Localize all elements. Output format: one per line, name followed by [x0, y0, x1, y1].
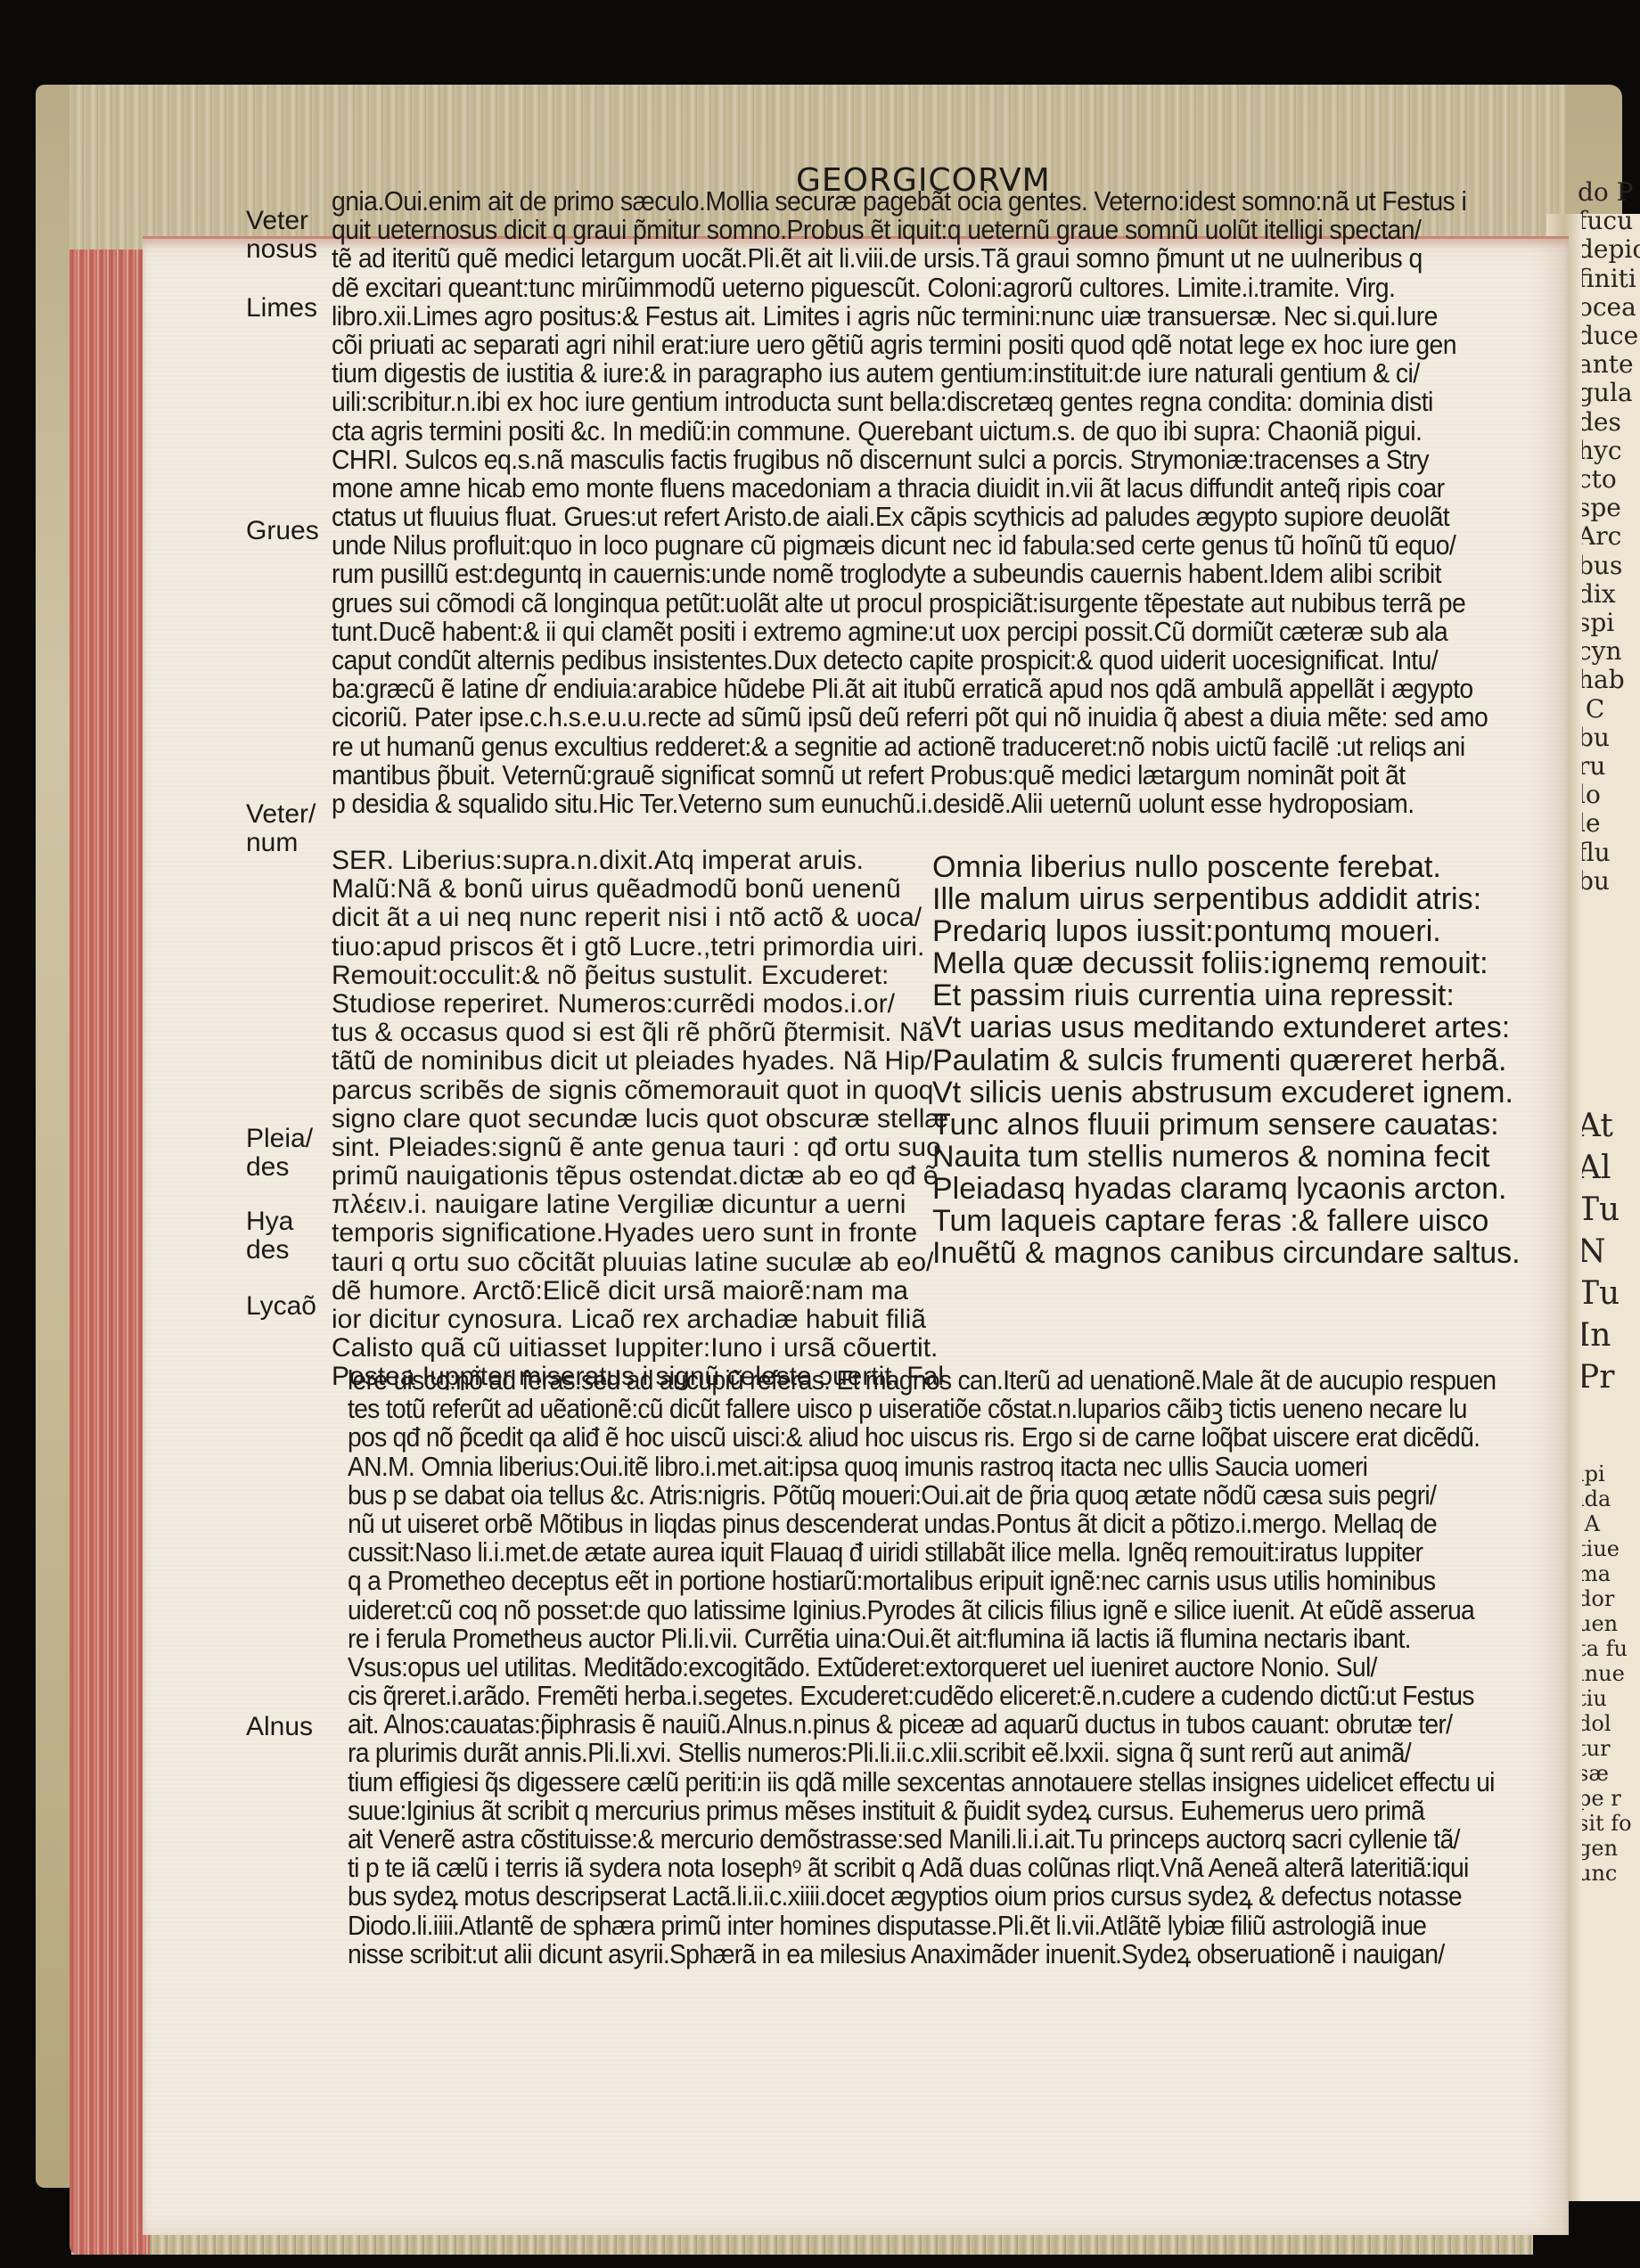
commentary-left-column: SER. Liberius:supra.n.dixit.Atq imperat … — [332, 847, 955, 1392]
facing-page-top-text: do P fucu depic finiti ocea duce ante gu… — [1578, 178, 1640, 896]
commentary-line: dẽ humore. Arctõ:Elicẽ dicit ursã maiorẽ… — [332, 1277, 955, 1306]
commentary-line: ba:græcũ ẽ latine dr̃ endiuia:arabice hũ… — [332, 675, 1426, 703]
commentary-line: tium digestis de iustitia & iure:& in pa… — [332, 359, 1426, 388]
commentary-line: temporis significatione.Hyades uero sunt… — [332, 1219, 955, 1248]
commentary-line: gnia.Oui.enim ait de primo sæculo.Mollia… — [332, 187, 1426, 216]
verse-line: Mella quæ decussit foliis:ignemq remouit… — [932, 947, 1512, 979]
commentary-line: Malũ:Nã & bonũ uirus quẽadmodũ bonũ uene… — [332, 875, 955, 904]
verse-line: Omnia liberius nullo poscente ferebat. — [932, 851, 1512, 883]
commentary-line: cicoriũ. Pater ipse.c.h.s.e.u.u.recte ad… — [332, 703, 1426, 732]
commentary-line: tunt.Ducẽ habent:& ii qui clamẽt positi … — [332, 618, 1426, 646]
commentary-line: bus p se dabat oia tellus &c. Atris:nigr… — [348, 1481, 1442, 1510]
commentary-line: dicit ãt a ui neq nunc reperit nisi i nt… — [332, 904, 955, 932]
verse-line: Ille malum uirus serpentibus addidit atr… — [932, 883, 1512, 915]
commentary-line: nisse scribit:ut alii dicunt asyrii.Sphæ… — [348, 1940, 1442, 1969]
commentary-line: πλέειν.i. nauigare latine Vergiliæ dicun… — [332, 1191, 955, 1219]
verse-line: Tunc alnos fluuii primum sensere cauatas… — [932, 1109, 1512, 1141]
commentary-line: cta agris termini positi &c. In mediũ:in… — [332, 417, 1426, 446]
commentary-line: suue:Iginius ãt scribit q mercurius prim… — [348, 1797, 1442, 1825]
commentary-line: grues sui cõmodi cã longinqua petũt:uolã… — [332, 589, 1426, 618]
commentary-line: re i ferula Prometheus auctor Pli.li.vii… — [348, 1625, 1442, 1653]
commentary-line: cõi priuati ac separati agri nihil erat:… — [332, 331, 1426, 359]
commentary-line: uili:scribitur.n.ibi ex hoc iure gentium… — [332, 388, 1426, 416]
commentary-line: tes totũ referũt ad uẽationẽ:cũ dicũt fa… — [348, 1395, 1442, 1423]
commentary-line: signo clare quot secundæ lucis quot obsc… — [332, 1105, 955, 1134]
verse-line: Inuẽtũ & magnos canibus circundare saltu… — [932, 1237, 1512, 1269]
verse-line: Nauita tum stellis numeros & nomina feci… — [932, 1141, 1512, 1173]
margin-note: Hya des — [246, 1208, 293, 1265]
margin-note: Limes — [246, 294, 317, 323]
verse-line: Paulatim & sulcis frumenti quæreret herb… — [932, 1044, 1512, 1077]
commentary-line: tus & occasus quod si est q̃li rẽ phõrũ … — [332, 1019, 955, 1047]
commentary-line: unde Nilus profluit:quo in loco pugnare … — [332, 531, 1426, 560]
commentary-line: re ut humanũ genus excultius redderet:& … — [332, 733, 1426, 761]
margin-note: Lycaõ — [246, 1292, 316, 1321]
commentary-line: primũ nauigationis tẽpus ostendat.dictæ … — [332, 1162, 955, 1191]
commentary-top-block: gnia.Oui.enim ait de primo sæculo.Mollia… — [332, 187, 1426, 818]
commentary-line: mone amne hicab emo monte fluens macedon… — [332, 474, 1426, 503]
commentary-line: parcus scribẽs de signis cõmemorauit quo… — [332, 1077, 955, 1105]
commentary-line: pos qđ nõ p̃cedit qa aliđ ẽ hoc uiscũ ui… — [348, 1423, 1442, 1452]
commentary-line: cis q̃reret.i.arãdo. Fremẽti herba.i.seg… — [348, 1682, 1442, 1710]
verse-line: Vt silicis uenis abstrusum excuderet ign… — [932, 1077, 1512, 1109]
commentary-line: tãtũ de nominibus dicit ut pleiades hyad… — [332, 1047, 955, 1076]
commentary-line: dẽ excitari queant:tunc mirũimmodũ ueter… — [332, 274, 1426, 302]
margin-note: Veter/ num — [246, 800, 316, 857]
commentary-line: tiuo:apud priscos ẽt i gtõ Lucre.,tetri … — [332, 933, 955, 962]
commentary-line: tauri q ortu suo cõcitãt pluuias latine … — [332, 1249, 955, 1277]
commentary-line: quit ueternosus dicit q graui p̃mitur so… — [332, 216, 1426, 244]
verse-line: Et passim riuis currentia uina repressit… — [932, 979, 1512, 1011]
commentary-line: SER. Liberius:supra.n.dixit.Atq imperat … — [332, 847, 955, 875]
commentary-line: caput condũt alternis pedibus insistente… — [332, 646, 1426, 675]
commentary-line: ti p te iã cælũ i terris iã sydera nota … — [348, 1854, 1442, 1882]
commentary-line: libro.xii.Limes agro positus:& Festus ai… — [332, 302, 1426, 331]
margin-note: Pleia/ des — [246, 1125, 313, 1182]
facing-page-bottom-text: ipi ida A tiue ma dor uen ta fu inue tiu… — [1578, 1462, 1632, 1886]
red-stained-page-edges — [70, 250, 150, 2255]
commentary-line: Calisto quã cũ uitiasset Iuppiter:Iuno i… — [332, 1334, 955, 1363]
commentary-line: lere uisco:nõ ad feras:sed ad aucupiũ re… — [348, 1366, 1442, 1395]
verse-line: Predariq lupos iussit:pontumq moueri. — [932, 915, 1512, 947]
commentary-line: cussit:Naso li.i.met.de ætate aurea iqui… — [348, 1538, 1442, 1567]
commentary-line: ra plurimis durãt annis.Pli.li.xvi. Stel… — [348, 1739, 1442, 1767]
facing-page-verse-text: At Al Tu N Tu In Pr — [1578, 1105, 1619, 1398]
commentary-line: tẽ ad iteritũ quẽ medici letargum uocãt.… — [332, 244, 1426, 273]
commentary-line: rum pusillũ est:deguntq in cauernis:unde… — [332, 560, 1426, 588]
commentary-line: ait. Alnos:cauatas:p̃iphrasis ẽ nauiũ.Al… — [348, 1710, 1442, 1739]
commentary-line: mantibus p̃buit. Veternũ:grauẽ significa… — [332, 761, 1426, 790]
margin-note: Alnus — [246, 1713, 313, 1741]
verse-text-block: Omnia liberius nullo poscente ferebat.Il… — [932, 851, 1512, 1269]
commentary-line: Vsus:opus uel utilitas. Meditãdo:excogit… — [348, 1653, 1442, 1682]
commentary-line: sint. Pleiades:signũ ẽ ante genua tauri … — [332, 1134, 955, 1162]
commentary-line: ctatus ut fluuius fluat. Grues:ut refert… — [332, 503, 1426, 531]
verse-line: Pleiadasq hyadas claramq lycaonis arcton… — [932, 1173, 1512, 1205]
commentary-line: bus sydeꝝ motus descripserat Lactã.li.ii… — [348, 1882, 1442, 1911]
margin-note: Grues — [246, 517, 319, 545]
commentary-line: Studiose reperiret. Numeros:currẽdi modo… — [332, 990, 955, 1019]
commentary-line: uideret:cũ coq nõ posset:de quo latissim… — [348, 1596, 1442, 1625]
commentary-line: CHRI. Sulcos eq.s.nã masculis factis fru… — [332, 446, 1426, 474]
commentary-line: Remouit:occulit:& nõ p̃eitus sustulit. E… — [332, 962, 955, 990]
margin-note: Veter nosus — [246, 207, 317, 264]
verse-line: Vt uarias usus meditando extunderet arte… — [932, 1011, 1512, 1044]
commentary-line: q a Prometheo deceptus eẽt in portione h… — [348, 1567, 1442, 1595]
commentary-line: ior dicitur cynosura. Licaõ rex archadiæ… — [332, 1306, 955, 1334]
commentary-line: ait Venerẽ astra cõstituisse:& mercurio … — [348, 1825, 1442, 1854]
commentary-bottom-block: lere uisco:nõ ad feras:sed ad aucupiũ re… — [348, 1366, 1442, 1969]
commentary-line: tium effigiesi q̃s digessere cælũ periti… — [348, 1768, 1442, 1797]
commentary-line: Diodo.li.iiii.Atlantẽ de sphæra primũ in… — [348, 1912, 1442, 1940]
commentary-line: p desidia & squalido situ.Hic Ter.Vetern… — [332, 790, 1426, 818]
commentary-line: AN.M. Omnia liberius:Oui.itẽ libro.i.met… — [348, 1453, 1442, 1481]
commentary-line: nũ ut uiseret orbẽ Mõtibus in liqdas pin… — [348, 1510, 1442, 1538]
verse-line: Tum laqueis captare feras :& fallere uis… — [932, 1205, 1512, 1237]
